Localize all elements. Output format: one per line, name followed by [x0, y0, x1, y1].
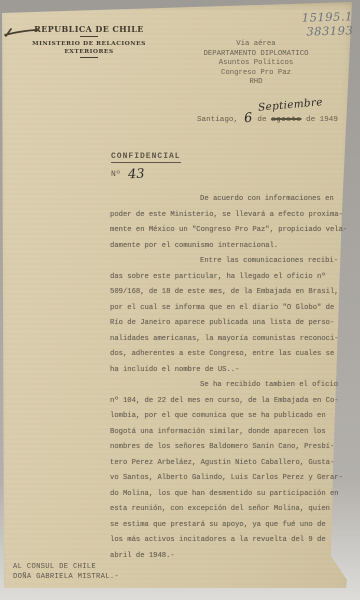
routing-line: Asuntos Políticos [182, 59, 330, 69]
routing-line: Congreso Pro Paz [182, 69, 330, 79]
routing-line: Vía aérea [182, 40, 330, 50]
handwritten-day: 6 [242, 114, 253, 123]
body-line: De acuerdo con informaciones en [110, 192, 352, 208]
confidential-text: CONFIDENCIAL [111, 152, 181, 163]
body-line: nº 104, de 22 del mes en curso, de la Em… [110, 394, 352, 410]
document-number-line: Nº43 [111, 167, 144, 182]
body-line: das sobre este particular, ha llegado el… [110, 270, 352, 286]
body-line: Entre las comunicaciones recibi- [110, 254, 352, 270]
letter-body: De acuerdo con informaciones enpoder de … [110, 192, 352, 564]
dateline-year: de 1949 [306, 116, 338, 124]
body-line: lombia, por el que comunica que se ha pu… [110, 409, 352, 425]
body-line: abril de 1948.- [110, 549, 352, 565]
body-line: nombres de los señores Baldomero Sanin C… [110, 440, 352, 456]
file-number: 383193 [302, 23, 353, 38]
body-line: damente por el comunismo internacional. [110, 239, 352, 255]
file-number: 15195.1 [302, 9, 353, 24]
body-line: los más activos incitadores a la revuelt… [110, 533, 352, 549]
body-line: do Molina, los que han desmentido su par… [110, 487, 352, 503]
classification-label: CONFIDENCIAL [111, 152, 181, 163]
body-line: Río de Janeiro aparece publicada una lis… [110, 316, 352, 332]
letterhead-rule [80, 36, 98, 37]
body-line: vo Santos, Alberto Galindo, Luis Carlos … [110, 471, 352, 487]
body-line: Bogotá una información similar, donde ap… [110, 425, 352, 441]
routing-line: DEPARTAMENTO DIPLOMATICO [182, 50, 330, 60]
body-line: nalidades americanas, la mayoría comunis… [110, 332, 352, 348]
letterhead-ministry-line1: MINISTERIO DE RELACIONES [28, 40, 150, 48]
letterhead-country: REPUBLICA DE CHILE [28, 24, 150, 34]
letterhead-rule [80, 57, 98, 58]
archival-file-numbers: 15195.1 383193 [302, 9, 354, 38]
body-line: dos, adherentes a este Congreso, entre l… [110, 347, 352, 363]
addressee-title: AL CONSUL DE CHILE [13, 563, 119, 573]
dateline-connector: de [257, 116, 266, 124]
routing-block: Vía aéreaDEPARTAMENTO DIPLOMATICOAsuntos… [182, 40, 330, 88]
handwritten-document-number: 43 [127, 167, 144, 183]
body-line: Se ha recibido tambien el oficio [110, 378, 352, 394]
body-line: mente en México un "Congreso Pro Paz", p… [110, 223, 352, 239]
letterhead-ministry-line2: EXTERIORES [28, 48, 150, 56]
body-line: esta reunión, con excepción del señor Mo… [110, 502, 352, 518]
body-line: 509/168, de 18 de este mes, de la Embaja… [110, 285, 352, 301]
routing-line: RHD [182, 78, 330, 88]
body-line: ha incluído el nombre de US..- [110, 363, 352, 379]
number-prefix: Nº [111, 170, 121, 179]
dateline-city: Santiago, [197, 116, 238, 124]
struck-month: agosto [271, 116, 301, 124]
addressee-name: DOÑA GABRIELA MISTRAL.- [13, 573, 119, 583]
scanned-letter-page: 15195.1 383193 REPUBLICA DE CHILE MINIST… [0, 0, 360, 600]
body-line: poder de este Ministerio, se llevará a e… [110, 208, 352, 224]
addressee-block: AL CONSUL DE CHILE DOÑA GABRIELA MISTRAL… [13, 563, 119, 582]
body-line: por el cual se informa que en el diario … [110, 301, 352, 317]
body-line: se estima que prestará su apoyo, ya que … [110, 518, 352, 534]
body-line: tero Perez Arbeláez, Agustin Nieto Cabal… [110, 456, 352, 472]
letterhead: REPUBLICA DE CHILE MINISTERIO DE RELACIO… [28, 24, 150, 61]
dateline: Santiago, 6 de agosto de 1949 [197, 114, 338, 124]
